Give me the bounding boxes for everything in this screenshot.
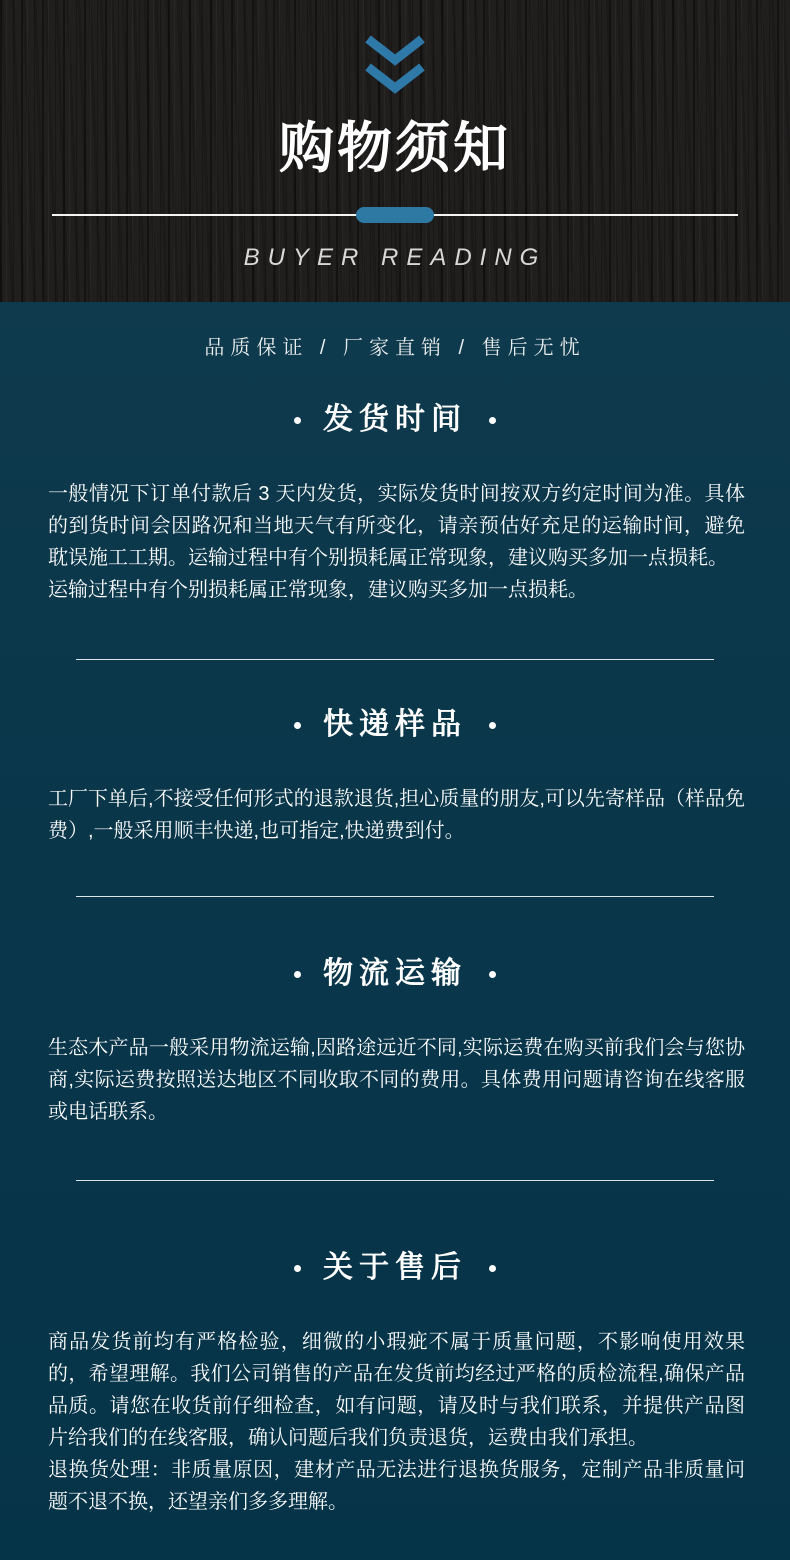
- heading-dot-right-icon: [489, 971, 496, 978]
- page-subtitle: BUYER READING: [0, 244, 790, 272]
- heading-dot-right-icon: [489, 1265, 496, 1272]
- page-title: 购物须知: [0, 118, 790, 178]
- heading-dot-left-icon: [294, 417, 301, 424]
- section-heading-label: 发货时间: [323, 400, 467, 440]
- section-heading-shipping-time: 发货时间: [0, 400, 790, 440]
- heading-dot-right-icon: [489, 722, 496, 729]
- heading-dot-left-icon: [294, 971, 301, 978]
- section-heading-after-sales: 关于售后: [0, 1248, 790, 1288]
- notice-content: 品质保证 / 厂家直销 / 售后无忧 发货时间 一般情况下订单付款后 3 天内发…: [0, 302, 790, 1518]
- section-body-logistics: 生态木产品一般采用物流运输,因路途远近不同,实际运费在购买前我们会与您协商,实际…: [48, 1032, 745, 1128]
- section-heading-label: 物流运输: [323, 954, 467, 994]
- section-body-shipping-time: 一般情况下订单付款后 3 天内发货，实际发货时间按双方约定时间为准。具体的到货时…: [48, 478, 745, 606]
- section-body-sample-delivery: 工厂下单后,不接受任何形式的退款退货,担心质量的朋友,可以先寄样品（样品免费）,…: [48, 783, 745, 847]
- section-heading-label: 关于售后: [323, 1248, 467, 1288]
- section-heading-sample-delivery: 快递样品: [0, 705, 790, 745]
- heading-dot-right-icon: [489, 417, 496, 424]
- title-divider-pill: [356, 207, 434, 223]
- section-divider: [76, 1180, 714, 1181]
- chevron-double-down-icon: [0, 0, 790, 96]
- section-heading-label: 快递样品: [323, 705, 467, 745]
- section-body-after-sales: 商品发货前均有严格检验，细微的小瑕疵不属于质量问题，不影响使用效果的，希望理解。…: [48, 1326, 745, 1518]
- section-divider: [76, 659, 714, 660]
- heading-dot-left-icon: [294, 722, 301, 729]
- heading-dot-left-icon: [294, 1265, 301, 1272]
- title-divider: [52, 207, 738, 223]
- buyer-reading-page: 购物须知 BUYER READING 品质保证 / 厂家直销 / 售后无忧 发货…: [0, 0, 790, 1560]
- tagline: 品质保证 / 厂家直销 / 售后无忧: [0, 336, 790, 360]
- header-banner: 购物须知 BUYER READING: [0, 0, 790, 302]
- section-heading-logistics: 物流运输: [0, 954, 790, 994]
- section-divider: [76, 896, 714, 897]
